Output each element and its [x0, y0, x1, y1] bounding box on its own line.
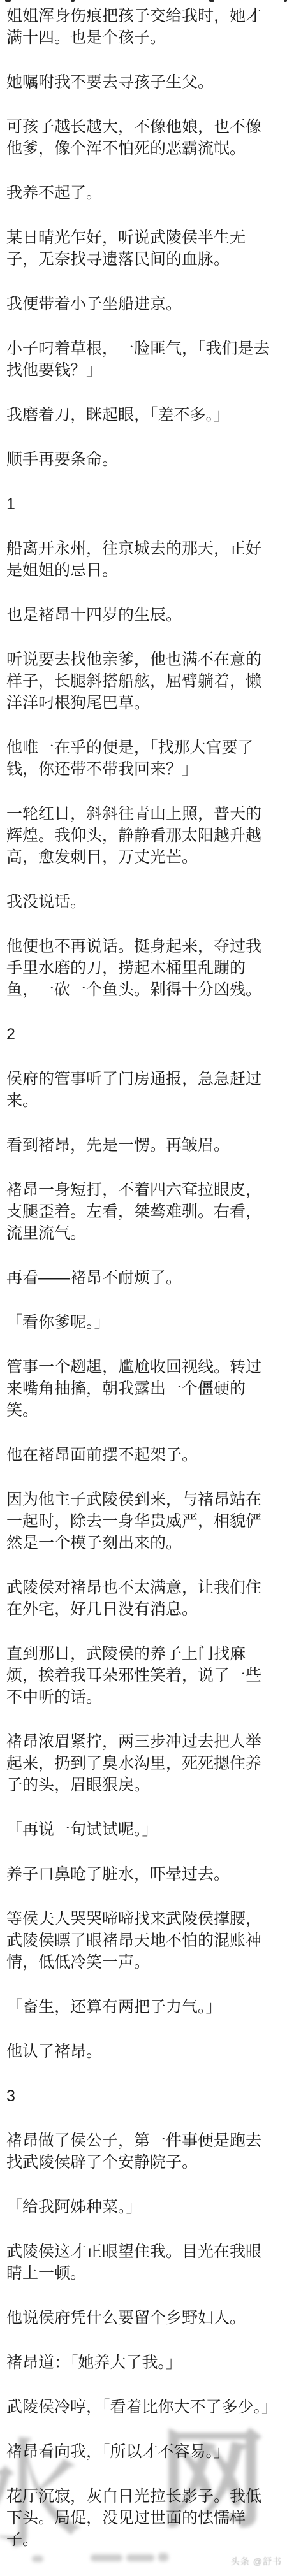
story-paragraph: 他唯一在乎的便是，「找那大官要了钱，你还带不带我回来？」 — [6, 737, 270, 780]
story-paragraph: 褚昂看向我，「所以才不容易。」 — [6, 2441, 270, 2463]
story-paragraph: 船离开永州，往京城去的那天，正好是姐姐的忌日。 — [6, 538, 270, 581]
story-paragraph: 再看——褚昂不耐烦了。 — [6, 1267, 270, 1289]
story-paragraph: 顺手再要条命。 — [6, 449, 270, 470]
story-paragraph: 一轮红日，斜斜往青山上照，普天的辉煌。我仰头，静静看那太阳越升越高，愈发刺目，万… — [6, 803, 270, 868]
section-number: 2 — [6, 1024, 270, 1045]
story-paragraph: 管事一个趔趄，尴尬收回视线。转过来嘴角抽搐，朝我露出一个僵硬的笑。 — [6, 1356, 270, 1421]
story-paragraph: 他在褚昂面前摆不起架子。 — [6, 1444, 270, 1466]
story-paragraph: 花厅沉寂，灰白日光拉长影子。我低下头。局促，没见过世面的怯懦样子。 — [6, 2486, 270, 2551]
story-paragraph: 养子口鼻呛了脏水，吓晕过去。 — [6, 1863, 270, 1885]
blurred-watermark-blob — [32, 2556, 43, 2562]
story-paragraph: 「看你爹呢。」 — [6, 1312, 270, 1333]
story-paragraph: 看到褚昂，先是一愣。再皱眉。 — [6, 1134, 270, 1156]
blurred-watermark-blob — [126, 2554, 154, 2561]
story-paragraph: 「给我阿姊种菜。」 — [6, 2196, 270, 2218]
story-paragraph: 等侯夫人哭哭啼啼找来武陵侯撑腰，武陵侯瞟了眼褚昂天地不怕的混账神情，低低冷笑一声… — [6, 1908, 270, 1973]
article-content: 姐姐浑身伤痕把孩子交给我时，她才满十四。也是个孩子。 她嘱咐我不要去寻孩子生父。… — [0, 0, 287, 2551]
cropped-text-fragment — [284, 0, 287, 2]
story-paragraph: 武陵侯冷哼，「看着比你大不了多少。」 — [6, 2396, 270, 2418]
story-paragraph: 听说要去找他亲爹，他也满不在意的样子，长腿斜搭船舷，屈臂躺着，懒洋洋叼根狗尾巴草… — [6, 649, 270, 714]
story-paragraph: 她嘱咐我不要去寻孩子生父。 — [6, 71, 270, 93]
story-paragraph: 褚昂道：「她养大了我。」 — [6, 2352, 270, 2373]
story-paragraph: 武陵侯这才正眼望住我。目光在我眼睛上一顿。 — [6, 2241, 270, 2284]
story-paragraph: 我磨着刀，眯起眼，「差不多。」 — [6, 404, 270, 426]
story-paragraph: 可孩子越长越大，不像他娘，也不像他爹，像个浑不怕死的恶霸流氓。 — [6, 116, 270, 159]
story-paragraph: 也是褚昂十四岁的生辰。 — [6, 604, 270, 626]
cropped-text-fragment — [5, 0, 11, 2]
story-paragraph: 因为他主子武陵侯到来，与褚昂站在一起时，除去一身华贵威严，相貌俨然是一个模子刻出… — [6, 1489, 270, 1554]
story-paragraph: 褚昂浓眉紧拧，两三步冲过去把人举起来，扔到了臭水沟里，死死摁住养子的头，眉眼狠戾… — [6, 1731, 270, 1796]
story-paragraph: 「畜生，还算有两把子力气。」 — [6, 1996, 270, 2018]
story-paragraph: 侯府的管事听了门房通报，急急赶过来。 — [6, 1068, 270, 1111]
story-paragraph: 某日晴光乍好，听说武陵侯半生无子，无奈找寻遗落民间的血脉。 — [6, 227, 270, 270]
section-number: 3 — [6, 2085, 270, 2107]
cropped-text-fragment — [71, 0, 75, 2]
blurred-watermark-blob — [158, 2553, 168, 2561]
story-paragraph: 直到那日，武陵侯的养子上门找麻烦，挨着我耳朵邪性笑着，说了一些不中听的话。 — [6, 1643, 270, 1708]
section-number: 1 — [6, 493, 270, 515]
story-paragraph: 我养不起了。 — [6, 182, 270, 204]
story-paragraph: 他说侯府凭什么要留个乡野妇人。 — [6, 2307, 270, 2329]
cropped-text-fragment — [209, 0, 214, 2]
credit-watermark: 头条 @舒书 — [231, 2555, 282, 2568]
blurred-watermark-blob — [91, 2554, 122, 2561]
story-paragraph: 褚昂一身短打，不着四六耷拉眼皮，支腿歪着。左看，桀骜难驯。右看，流里流气。 — [6, 1179, 270, 1244]
story-paragraph: 武陵侯对褚昂也不太满意，让我们住在外宅，好几日没有消息。 — [6, 1577, 270, 1620]
story-paragraph: 褚昂做了侯公子，第一件事便是跑去找武陵侯辟了个安静院子。 — [6, 2130, 270, 2173]
story-paragraph: 他认了褚昂。 — [6, 2041, 270, 2062]
story-paragraph: 我没说话。 — [6, 891, 270, 913]
story-paragraph: 我便带着小子坐船进京。 — [6, 293, 270, 315]
story-paragraph: 他便也不再说话。挺身起来，夺过我手里水磨的刀，捞起木桶里乱蹦的鱼，一砍一个鱼头。… — [6, 936, 270, 1001]
story-paragraph: 小子叼着草根，一脸匪气，「我们是去找他要钱？」 — [6, 338, 270, 381]
novel-reading-page: { "page": { "background_color": "#ffffff… — [0, 0, 287, 2576]
story-paragraph: 「再说一句试试呢。」 — [6, 1819, 270, 1841]
story-paragraph: 姐姐浑身伤痕把孩子交给我时，她才满十四。也是个孩子。 — [6, 5, 270, 48]
